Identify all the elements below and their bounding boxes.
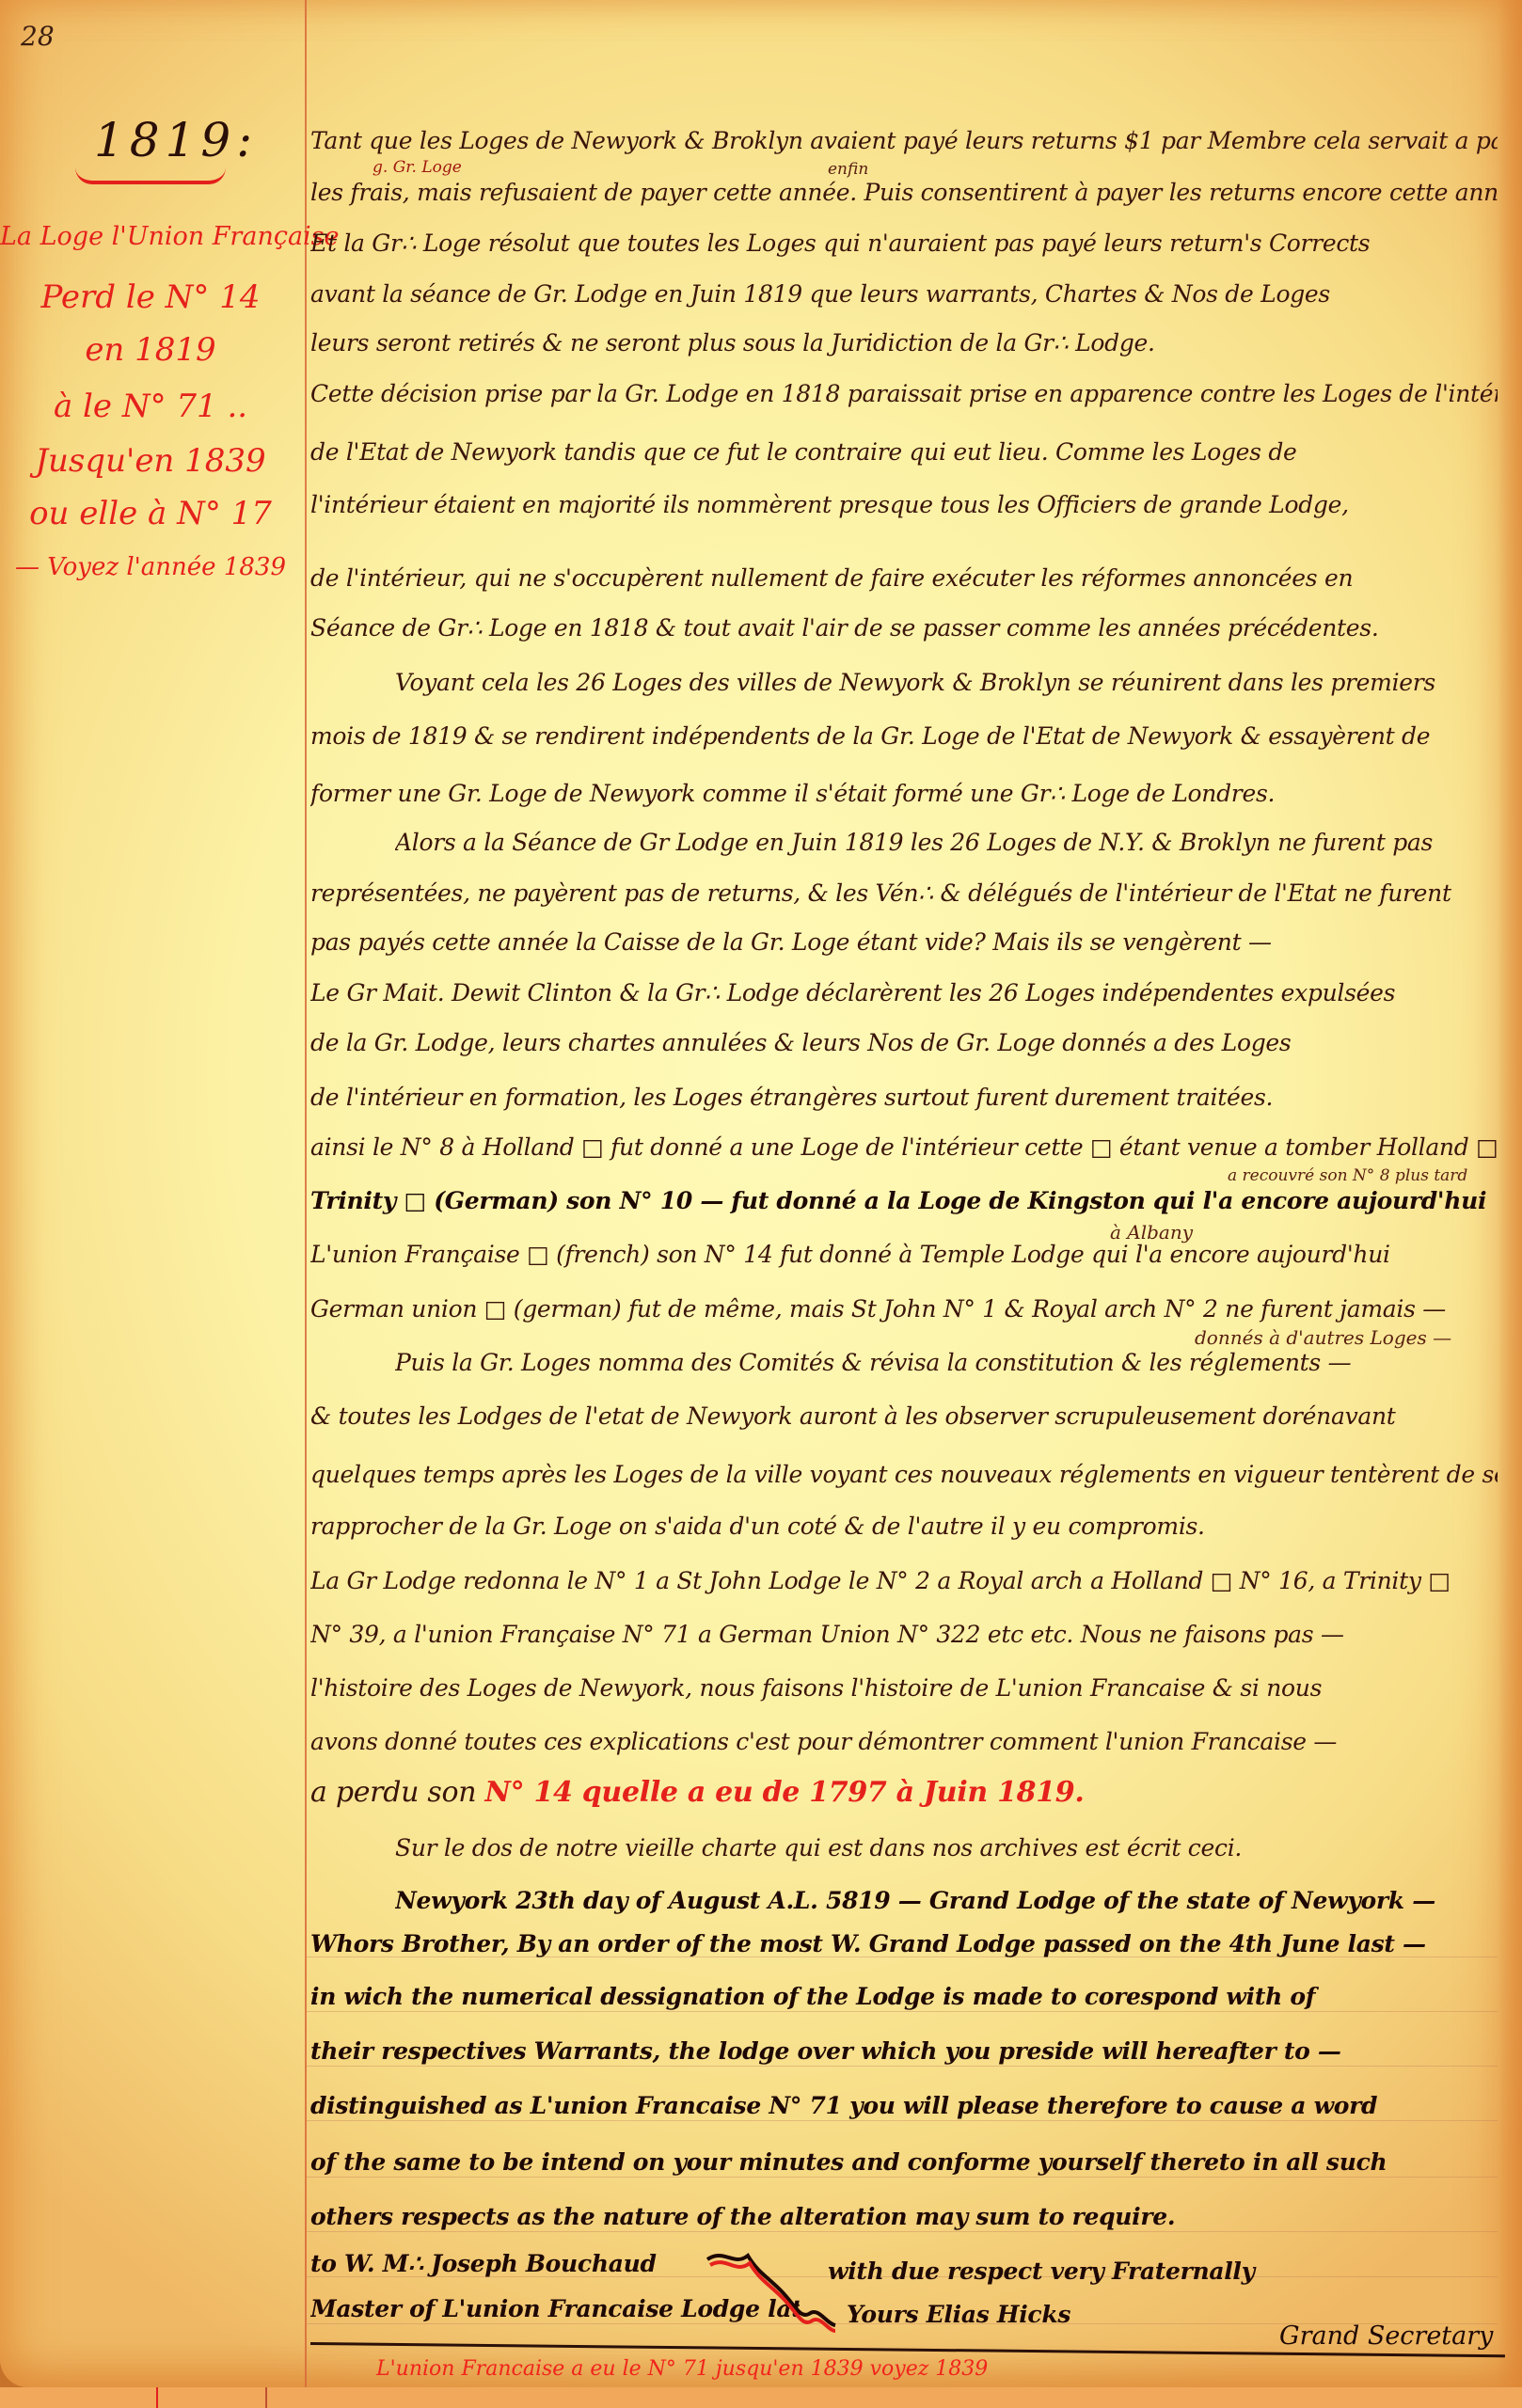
text-line: distinguished as L'union Francaise N° 71… [310, 2092, 1498, 2119]
page-edge-shading [1498, 0, 1522, 2387]
text-line: L'union Française □ (french) son N° 14 f… [310, 1241, 1498, 1268]
margin-note-jusqu: Jusqu'en 1839 [0, 442, 301, 480]
margin-note-ou-elle: ou elle à N° 17 [0, 495, 301, 532]
manuscript-page: 28 1819: La Loge l'Union Française Perd … [0, 0, 1522, 2387]
text-line: La Gr Lodge redonna le N° 1 a St John Lo… [310, 1567, 1498, 1594]
flourish-squiggle [706, 2248, 837, 2333]
text-line: leurs seront retirés & ne seront plus so… [310, 329, 1498, 356]
text-line: Puis la Gr. Loges nomma des Comités & ré… [395, 1349, 1498, 1376]
text-line: former une Gr. Loge de Newyork comme il … [310, 780, 1498, 807]
text-line: avant la séance de Gr. Lodge en Juin 181… [310, 280, 1498, 308]
signature-title: Grand Secretary [1279, 2321, 1493, 2351]
signature-line: Yours Elias Hicks [847, 2301, 1298, 2328]
text-line: quelques temps après les Loges de la vil… [310, 1461, 1498, 1488]
margin-rule [305, 0, 307, 2387]
year-heading: 1819: [94, 113, 258, 167]
margin-note-voyez: — Voyez l'année 1839 [0, 553, 301, 581]
highlight-prefix: a perdu son [310, 1776, 485, 1809]
closing-line: with due respect very Fraternally [828, 2257, 1486, 2285]
text-line: représentées, ne payèrent pas de returns… [310, 879, 1498, 907]
text-line: Le Gr Mait. Dewit Clinton & la Gr∴ Lodge… [310, 979, 1498, 1006]
text-line: Trinity □ (German) son N° 10 — fut donné… [310, 1187, 1498, 1214]
text-line: de l'intérieur, qui ne s'occupèrent null… [310, 564, 1498, 592]
ruled-line [307, 2231, 1498, 2232]
text-line: de l'intérieur en formation, les Loges é… [310, 1084, 1498, 1111]
margin-note-en1819: en 1819 [0, 331, 301, 369]
text-line: Séance de Gr∴ Loge en 1818 & tout avait … [310, 614, 1498, 642]
text-line: Tant que les Loges de Newyork & Broklyn … [310, 127, 1498, 154]
bottom-red-note: L'union Francaise a eu le N° 71 jusqu'en… [376, 2357, 988, 2381]
text-line: l'intérieur étaient en majorité ils nomm… [310, 491, 1498, 518]
text-line: Newyork 23th day of August A.L. 5819 — G… [395, 1887, 1498, 1914]
interlinear-gr-loge: g. Gr. Loge [373, 158, 462, 177]
interlinear-enfin: enfin [828, 160, 868, 179]
text-line: their respectives Warrants, the lodge ov… [310, 2037, 1498, 2065]
text-line: in wich the numerical dessignation of th… [310, 1983, 1498, 2010]
text-line: avons donné toutes ces explications c'es… [310, 1728, 1498, 1755]
text-line: Whors Brother, By an order of the most W… [310, 1930, 1498, 1957]
margin-note-no71: à le N° 71 .. [0, 388, 301, 425]
highlight-red-text: N° 14 quelle a eu de 1797 à Juin 1819. [485, 1776, 1085, 1809]
interlinear-a-recouvre: a recouvré son N° 8 plus tard [1228, 1166, 1467, 1185]
text-line: Cette décision prise par la Gr. Lodge en… [310, 380, 1498, 407]
text-line: of the same to be intend on your minutes… [310, 2148, 1498, 2176]
text-line: mois de 1819 & se rendirent indépendents… [310, 722, 1498, 750]
next-page-rule [156, 2387, 158, 2408]
text-line: de la Gr. Lodge, leurs chartes annulées … [310, 1029, 1498, 1056]
text-line: German union □ (german) fut de même, mai… [310, 1295, 1498, 1323]
page-number: 28 [21, 21, 55, 52]
ruled-line [307, 2120, 1498, 2121]
ruled-line [307, 2011, 1498, 2012]
highlight-line: a perdu son N° 14 quelle a eu de 1797 à … [310, 1776, 1498, 1809]
text-line: rapprocher de la Gr. Loge on s'aida d'un… [310, 1513, 1498, 1540]
text-line: Sur le dos de notre vieille charte qui e… [395, 1834, 1498, 1861]
margin-note-perd: Perd le N° 14 [0, 278, 301, 316]
ruled-line [307, 2066, 1498, 2067]
interlinear-donnes: donnés à d'autres Loges — [1195, 1326, 1451, 1349]
text-line: N° 39, a l'union Française N° 71 a Germa… [310, 1621, 1498, 1648]
text-line: pas payés cette année la Caisse de la Gr… [310, 928, 1498, 956]
ruled-line [307, 2177, 1498, 2178]
text-line: Et la Gr∴ Loge résolut que toutes les Lo… [310, 230, 1498, 257]
text-line: & toutes les Lodges de l'etat de Newyork… [310, 1402, 1498, 1430]
text-line: Voyant cela les 26 Loges des villes de N… [395, 669, 1498, 696]
text-line: l'histoire des Loges de Newyork, nous fa… [310, 1674, 1498, 1702]
text-line: les frais, mais refusaient de payer cett… [310, 179, 1498, 206]
text-line: Alors a la Séance de Gr Lodge en Juin 18… [395, 829, 1498, 856]
next-page-edge [0, 2387, 1522, 2408]
margin-note-lodge: La Loge l'Union Française [0, 222, 301, 251]
year-underline [75, 167, 226, 184]
next-page-rule [265, 2387, 267, 2408]
text-line: ainsi le N° 8 à Holland □ fut donné a un… [310, 1133, 1498, 1161]
text-line: others respects as the nature of the alt… [310, 2203, 1498, 2230]
text-line: de l'Etat de Newyork tandis que ce fut l… [310, 438, 1498, 466]
addressee-line: to W. M∴ Joseph Bouchaud [310, 2250, 724, 2277]
